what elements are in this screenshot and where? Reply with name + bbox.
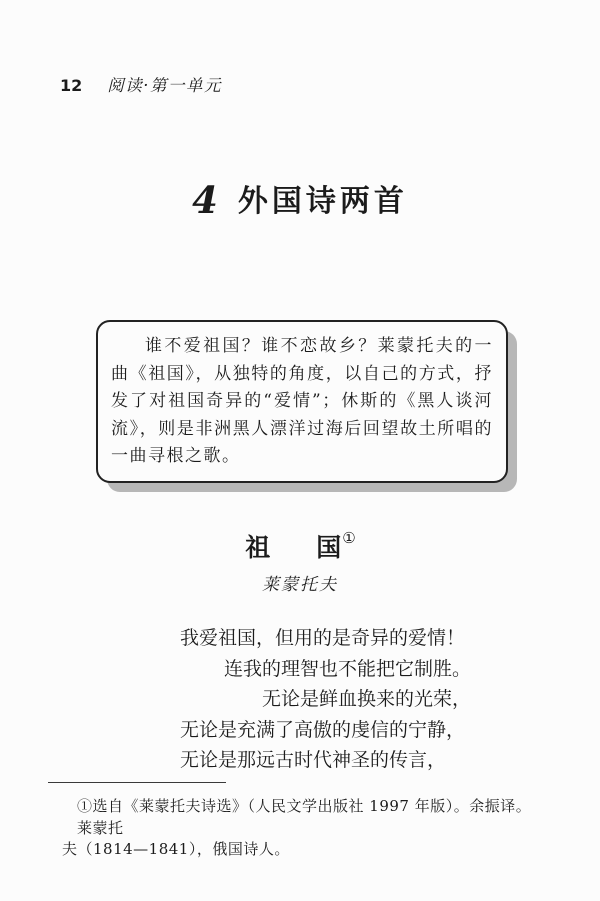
page-number: 12: [60, 76, 82, 95]
intro-box: 谁不爱祖国？谁不恋故乡？莱蒙托夫的一曲《祖国》，从独特的角度，以自己的方式，抒发…: [96, 320, 508, 483]
footnote-line: 夫（1814—1841），俄国诗人。: [62, 839, 544, 861]
lesson-name: 外国诗两首: [238, 184, 408, 219]
footnote-separator: [48, 782, 226, 783]
poem-title-char-first: 祖: [245, 533, 270, 562]
poem-line: 无论是充满了高傲的虔信的宁静，: [180, 715, 471, 746]
poem-title: 祖国①: [0, 528, 600, 564]
unit-section-title: 阅读·第一单元: [107, 72, 222, 96]
lesson-title: 4外国诗两首: [0, 176, 600, 222]
poem-line: 无论是那远古时代神圣的传言，: [180, 745, 471, 776]
poem-body: 我爱祖国，但用的是奇异的爱情！ 连我的理智也不能把它制胜。 无论是鲜血换来的光荣…: [180, 623, 471, 776]
poem-line: 连我的理智也不能把它制胜。: [180, 654, 471, 685]
poem-line: 我爱祖国，但用的是奇异的爱情！: [180, 623, 471, 654]
intro-text: 谁不爱祖国？谁不恋故乡？莱蒙托夫的一曲《祖国》，从独特的角度，以自己的方式，抒发…: [111, 333, 493, 471]
page-header: 12 阅读·第一单元: [60, 72, 222, 96]
poem-line: 无论是鲜血换来的光荣，: [180, 684, 471, 715]
footnote-ref-mark: ①: [342, 529, 355, 547]
footnote-line: ①选自《莱蒙托夫诗选》（人民文学出版社 1997 年版）。余振译。莱蒙托: [62, 796, 544, 839]
textbook-page: 12 阅读·第一单元 4外国诗两首 谁不爱祖国？谁不恋故乡？莱蒙托夫的一曲《祖国…: [0, 0, 600, 901]
footnote: ①选自《莱蒙托夫诗选》（人民文学出版社 1997 年版）。余振译。莱蒙托 夫（1…: [62, 796, 544, 861]
poem-author: 莱蒙托夫: [0, 570, 600, 595]
poem-title-char-second: 国: [316, 533, 341, 562]
lesson-number: 4: [192, 178, 218, 222]
